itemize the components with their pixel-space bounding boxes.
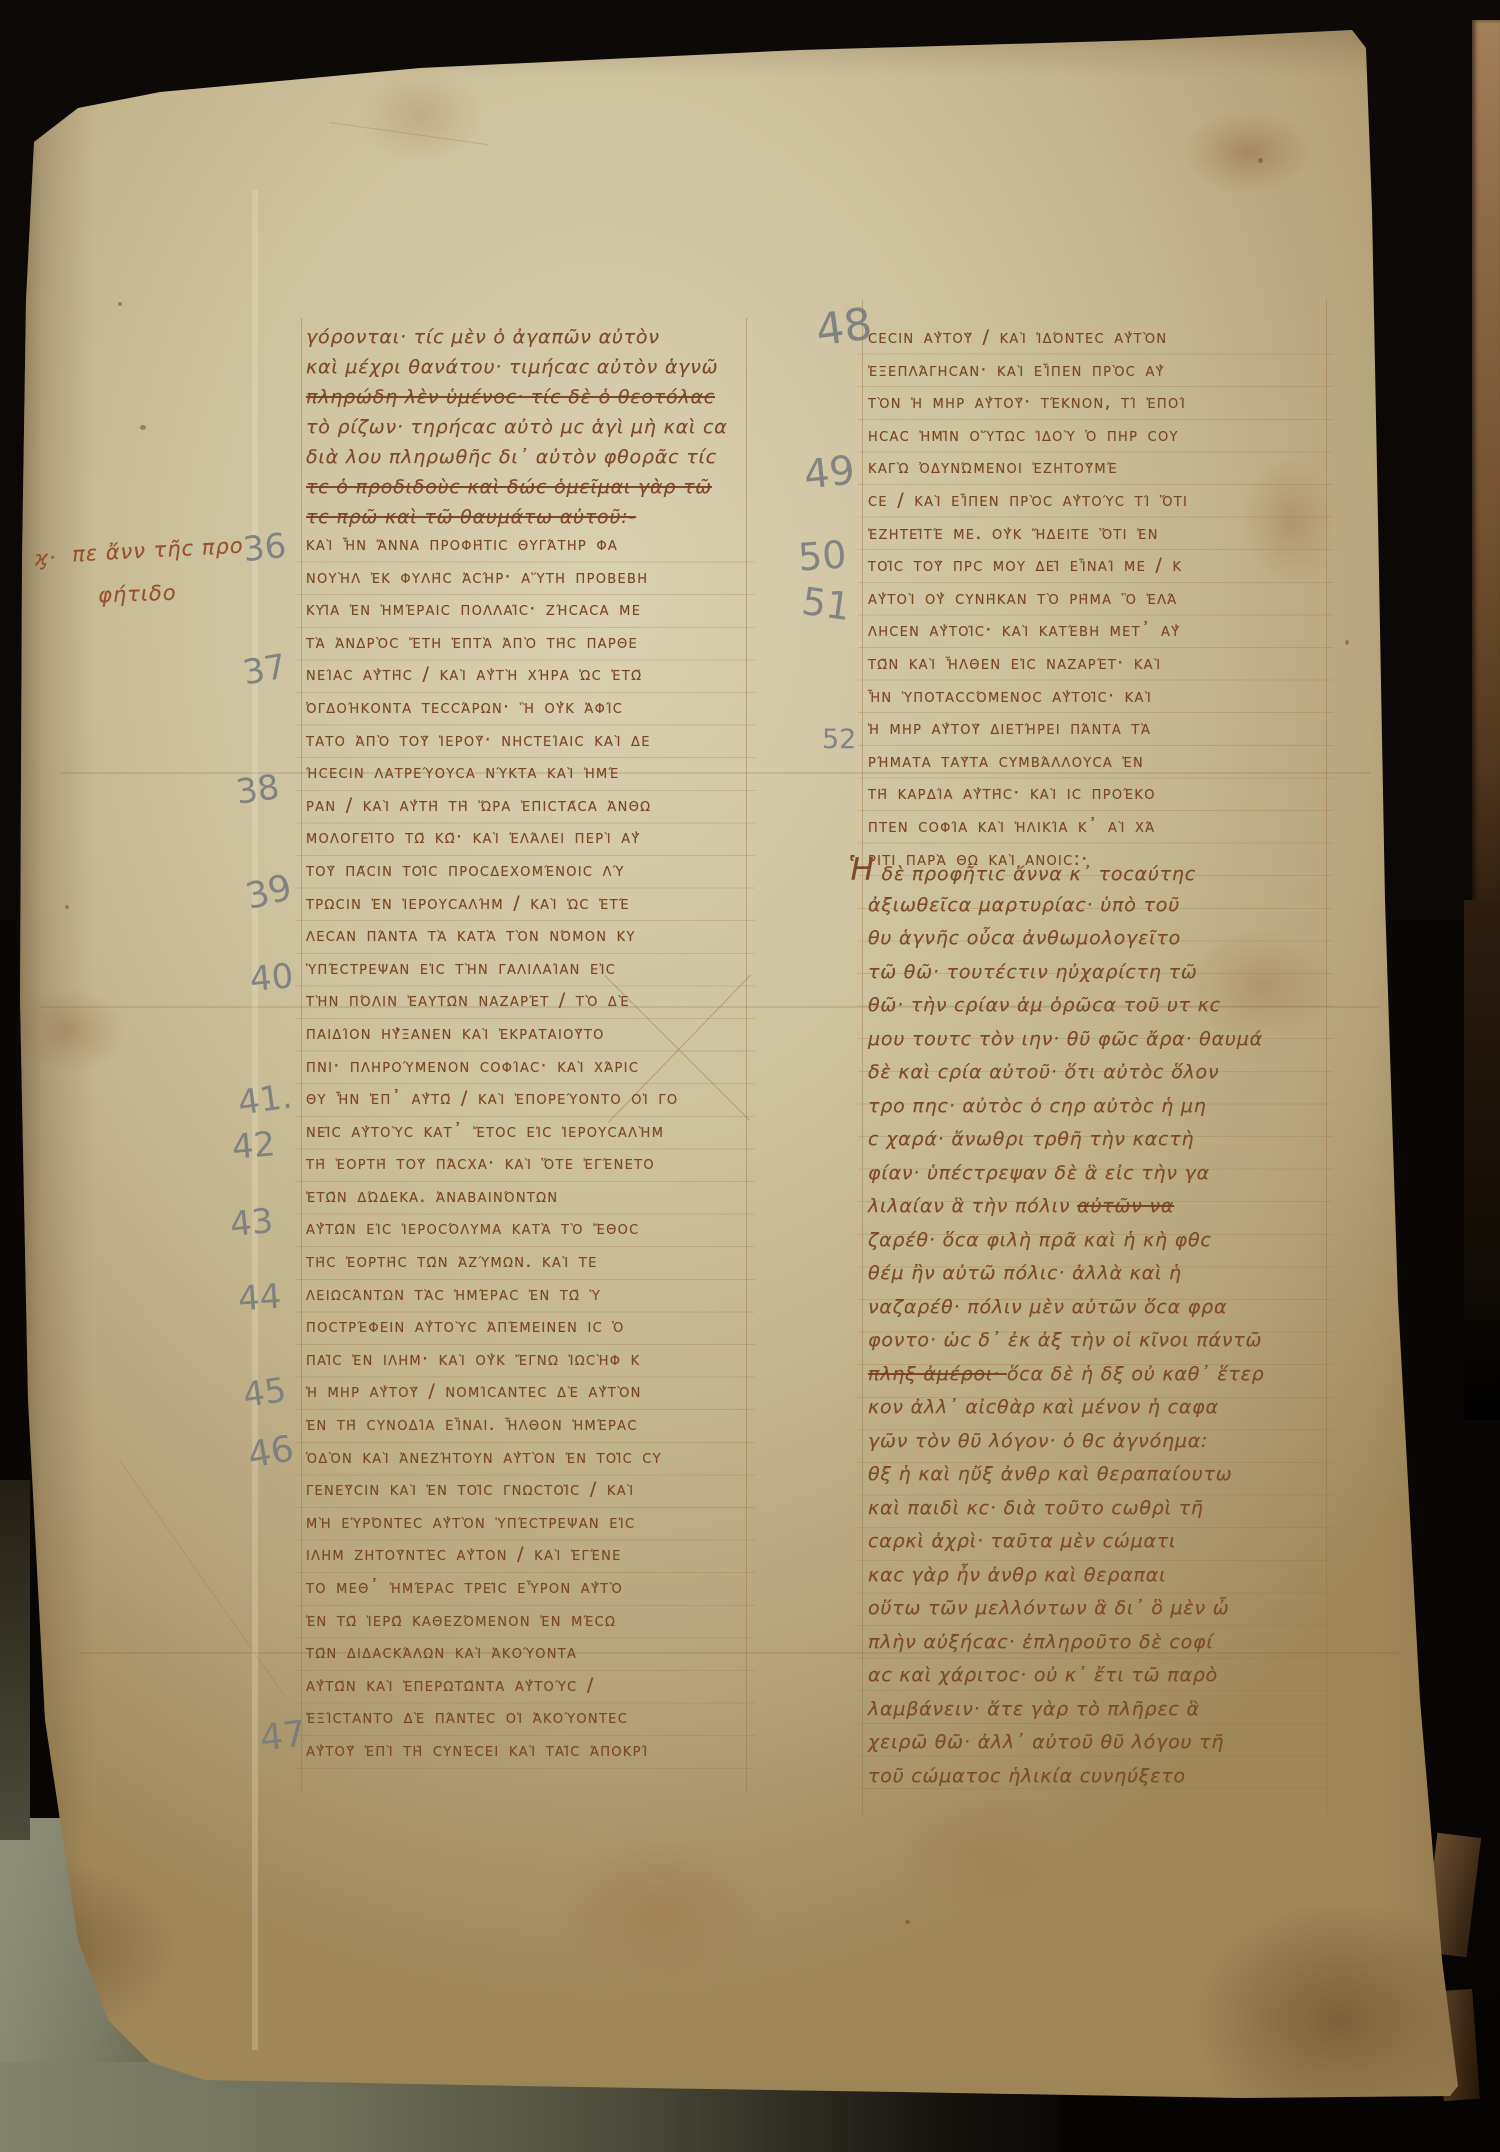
cloth-backing-left [0,1480,30,1840]
manuscript-text-line: ἐν τῶ ἱερῶ καθεζόμενον ἐν μέϲω [306,1609,756,1642]
ink-speck [140,425,146,430]
ink-speck [1345,640,1349,645]
manuscript-text-line: τῆϲ ἑορτῆϲ τῶν ἀζύμων. καὶ τε [306,1250,756,1283]
verse-number: 49 [802,447,857,498]
manuscript-text-line: τϲ ὁ προδιδοὺϲ καὶ δώϲ ὁμεῖμαι γὰρ τῶ [306,476,756,506]
verse-number: 52 [822,724,856,755]
manuscript-text-line: αὐτῶν καὶ ἐπερωτῶντα αὐτούϲ / [306,1674,756,1707]
manuscript-text-line: ἐξεπλάγηϲαν· καὶ εἶπεν πρὸϲ αὐ [868,359,1328,392]
manuscript-text-line: ἐξίϲταντο δὲ πάντεϲ οἱ ἀκούοντεϲ [306,1706,756,1739]
verse-number: 45 [240,1370,288,1416]
kai-symbol: ϗ· [33,545,57,571]
verse-number: 41. [235,1076,294,1123]
manuscript-text-line: πληρώδη λὲν ὑμένοϲ· τίϲ δὲ ὁ θεοτόλαϲ [306,386,756,416]
verse-number: 50 [797,532,848,579]
manuscript-page: ϗ· πε ἄνν τῆϲ προ φήτιδο 36 γόρονται· τί… [0,0,1500,2152]
manuscript-text-line: τοῦ ϲώματοϲ ἡλικία ϲυνηύξετο [868,1765,1328,1799]
book-fore-edge [1472,20,1500,920]
manuscript-text-line: νουὴλ ἐκ φυλῆϲ ἀϲήρ· αὕτη προβεβη [306,566,756,599]
manuscript-text-line: οὕτω τῶν μελλόντων ἃ δι᾽ ὃ μὲν ὦ [868,1597,1328,1631]
manuscript-text-line: καὶ ἦν ἄννα προφῆτιϲ θυγάτηρ φα [306,533,756,566]
verse-number: 46 [245,1428,297,1476]
manuscript-text-line: ϲεϲιν αὐτοῦ / καὶ ἰδόντεϲ αὐτὸν [868,326,1328,359]
manuscript-text-line: τὴν πόλιν ἑαυτῶν ναζαρέτ / τὸ δὲ [306,989,756,1022]
verse-number: 51 [799,579,853,629]
manuscript-text-line: λαμβάνειν· ἅτε γὰρ τὸ πλῆρεϲ ἃ [868,1698,1328,1732]
manuscript-text-line: γῶν τὸν θῦ λόγον· ὁ θϲ ἀγνόημα: [868,1430,1328,1464]
right-column-gospel-text: ϲεϲιν αὐτοῦ / καὶ ἰδόντεϲ αὐτὸνἐξεπλάγηϲ… [868,326,1328,880]
manuscript-text-line: θῶ· τὴν ϲρίαν ἁμ ὁρῶϲα τοῦ υτ κϲ [868,994,1328,1028]
manuscript-text-line: ναζαρέθ· πόλιν μὲν αὐτῶν ὅϲα φρα [868,1296,1328,1330]
manuscript-text-line: μου τουτϲ τὸν ιην· θῦ φῶϲ ἄρα· θαυμά [868,1028,1328,1062]
manuscript-text-line: καϲ γὰρ ἦν ἀνθρ καὶ θεραπαι [868,1564,1328,1598]
manuscript-text-line: τϲ πρῶ καὶ τῶ θαυμάτω αὐτοῦ:- [306,506,756,536]
manuscript-text-line: θυ ἁγνῆϲ οὖϲα ἀνθωμολογεῖτο [868,927,1328,961]
manuscript-text-line: τρο πηϲ· αὐτὸϲ ὁ ϲηρ αὐτὸϲ ἡ μη [868,1095,1328,1129]
manuscript-text-line: ἡ μηρ αὐτοῦ / νομίϲαντεϲ δὲ αὐτὸν [306,1380,756,1413]
manuscript-text-line: καὶ μέχρι θανάτου· τιμήϲαϲ αὐτὸν ἁγνῶ [306,356,756,386]
manuscript-text-line: νεῖϲ αὐτοὺϲ κατ᾽ ἔτοϲ εἰϲ ἱερουϲαλὴμ [306,1120,756,1153]
manuscript-text-line: τὸ ρίζων· τηρήϲαϲ αὐτὸ μϲ ἁγὶ μὴ καὶ ϲα [306,416,756,446]
manuscript-text-line: παῖϲ ἐν ιλημ· καὶ οὐκ ἔγνω ἰωϲὴφ κ [306,1348,756,1381]
codex-photo: ϗ· πε ἄνν τῆϲ προ φήτιδο 36 γόρονται· τί… [0,0,1500,2152]
manuscript-text-line: ηϲαϲ ἡμῖν οὕτωϲ ἰδοὺ ὁ πηρ ϲου [868,424,1328,457]
manuscript-text-line: ὁδὸν καὶ ἀνεζήτουν αὐτὸν ἐν τοῖϲ ϲυ [306,1446,756,1479]
manuscript-text-line: παιδίον ηὔξανεν καὶ ἐκραταιοῦτο [306,1022,756,1055]
manuscript-text-line: το μεθ᾽ ἡμέραϲ τρεῖϲ εὗρον αὐτὸ [306,1576,756,1609]
manuscript-text-line: ἡ μηρ αὐτοῦ διετήρει πάντα τὰ [868,717,1328,750]
verse-number: 40 [248,956,295,1000]
manuscript-text-line: ληϲεν αὐτοῖϲ· καὶ κατέβη μετ᾽ αὐ [868,619,1328,652]
manuscript-text-line: ὑπέϲτρεψαν εἰϲ τὴν γαλιλαίαν εἰϲ [306,957,756,990]
manuscript-text-line: ιλημ ζητοῦντέϲ αὐτον / καὶ ἐγένε [306,1543,756,1576]
manuscript-text-line: ἀξιωθεῖϲα μαρτυρίαϲ· ὑπὸ τοῦ [868,894,1328,928]
manuscript-text-line: ἐν τῆ ϲυνοδία εἶναι. ἦλθον ἡμέραϲ [306,1413,756,1446]
left-column-commentary-intro: γόρονται· τίϲ μὲν ὁ ἀγαπῶν αὐτὸνκαὶ μέχρ… [306,326,756,536]
manuscript-text-line: τατο ἀπὸ τοῦ ἱεροῦ· νηϲτείαιϲ καὶ δε [306,729,756,762]
manuscript-text-line: καὶ παιδὶ κϲ· διὰ τοῦτο ϲωθρὶ τῆ [868,1497,1328,1531]
manuscript-text-line: τοῖϲ τοῦ πρϲ μου δεῖ εἶναί με / κ [868,554,1328,587]
manuscript-text-line: τῶ θῶ· τουτέϲτιν ηὐχαρίϲτη τῶ [868,961,1328,995]
manuscript-text-line: δὲ καὶ ϲρία αὐτοῦ· ὅτι αὐτὸϲ ὅλον [868,1061,1328,1095]
enlarged-initial: Ἡ [848,852,875,888]
manuscript-text-line: τοῦ πᾶϲιν τοῖϲ προϲδεχομένοιϲ λύ [306,859,756,892]
manuscript-text-line: καγὼ ὀδυνώμενοι ἐζητοῦμέ [868,456,1328,489]
ink-speck [118,302,122,306]
margin-note-line2: φήτιδο [98,581,177,608]
verse-number: 39 [242,867,296,918]
manuscript-text-line: λεϲαν πάντα τὰ κατὰ τὸν νόμον κυ [306,924,756,957]
manuscript-text-line: ζαρέθ· ὅϲα φιλὴ πρᾶ καὶ ἡ κὴ φθϲ [868,1229,1328,1263]
manuscript-text-line: ἐτῶν δώδεκα. ἀναβαινόντων [306,1185,756,1218]
manuscript-text-line: ήϲεϲιν λατρεύουϲα νύκτα καὶ ἡμέ [306,761,756,794]
manuscript-text-line: αὐτοὶ οὐ ϲυνῆκαν τὸ ρῆμα ὃ ἐλά [868,587,1328,620]
scratch-mark [119,1460,286,1698]
manuscript-text-line: αϲ καὶ χάριτοϲ· οὐ κ᾽ ἔτι τῶ παρὸ [868,1664,1328,1698]
manuscript-text-line: τὸν ἡ μηρ αὐτοῦ· τέκνον, τί ἐποί [868,391,1328,424]
manuscript-text-line: πτεν ϲοφία καὶ ἡλικία κ᾽ αὶ χά [868,815,1328,848]
manuscript-text-line: λειωϲάντων τὰϲ ἡμέραϲ ἐν τῶ ὑ [306,1283,756,1316]
manuscript-text-line: τῆ καρδία αὐτῆϲ· καὶ ιϲ προέκο [868,782,1328,815]
manuscript-text-line: τῆ ἑορτῆ τοῦ πάϲχα· καὶ ὅτε ἐγένετο [306,1152,756,1185]
manuscript-text-line: μολογεῖτο τῶ κῶ· καὶ ἐλάλει περὶ αὐ [306,826,756,859]
manuscript-text-line: διὰ λου πληρωθῆϲ δι᾽ αὐτὸν φθορᾶϲ τίϲ [306,446,756,476]
manuscript-text-line: λιλαίαν ἃ τὴν πόλιν αὐτῶν να [868,1195,1328,1229]
manuscript-text-line: τὰ ἀνδρὸϲ ἔτη ἑπτὰ ἀπὸ τῆϲ παρθε [306,631,756,664]
manuscript-text-line: ρήματα ταῦτα ϲυμβάλλουϲα ἐν [868,750,1328,783]
verse-number: 48 [813,298,876,356]
manuscript-text-line: κυῖα ἐν ἡμέραιϲ πολλαῖϲ· ζήϲαϲα με [306,598,756,631]
manuscript-text-line: θυ ἦν ἐπ᾽ αὐτῶ / καὶ ἐπορεύοντο οἱ γο [306,1087,756,1120]
column-guide [301,318,302,1793]
manuscript-text-line: αὐτῶν εἰϲ ἱεροϲόλυμα κατὰ τὸ ἔθοϲ [306,1217,756,1250]
manuscript-text-line: θξ ἡ καὶ ηὔξ ἀνθρ καὶ θεραπαίουτω [868,1463,1328,1497]
manuscript-text-line: πληξ ἀμέροι· ὅϲα δὲ ἡ δξ οὐ καθ᾽ ἕτερ [868,1363,1328,1397]
manuscript-text-line: Ἡ δὲ προφῆτιϲ ἄννα κ᾽ τοϲαύτηϲ [868,860,1328,894]
manuscript-text-line: θέμ ἢν αὐτῶ πόλιϲ· ἀλλὰ καὶ ἡ [868,1262,1328,1296]
manuscript-text-line: ραν / καὶ αὐτῆ τῆ ὥρα ἐπιϲτᾶϲα ἀνθω [306,794,756,827]
manuscript-text-line: χειρῶ θῶ· ἀλλ᾽ αὐτοῦ θῦ λόγου τῆ [868,1731,1328,1765]
ink-speck [65,905,69,909]
manuscript-text-line: τῶν διδαϲκάλων καὶ ἀκούοντα [306,1641,756,1674]
manuscript-text-line: νείαϲ αὐτῆϲ / καὶ αὐτὴ χήρα ὡϲ ἐτῶ [306,663,756,696]
manuscript-text-line: τῶν καὶ ἦλθεν εἰϲ ναζαρέτ· καὶ [868,652,1328,685]
manuscript-text-line: ϲ χαρά· ἄνωθρι τρθῆ τὴν καϲτὴ [868,1128,1328,1162]
verse-number: 43 [228,1201,275,1245]
manuscript-text-line: ποϲτρέφειν αὐτοὺϲ ἀπέμεινεν ιϲ ὁ [306,1315,756,1348]
right-column-commentary: Ἡ δὲ προφῆτιϲ ἄννα κ᾽ τοϲαύτηϲἀξιωθεῖϲα … [868,860,1328,1798]
verse-number: 38 [233,767,281,813]
verse-number: 47 [258,1714,308,1760]
manuscript-text-line: τρωϲιν ἐν ἱερουϲαλήμ / καὶ ὡϲ ἐτέ [306,892,756,925]
book-fore-edge-lower [1464,900,1500,1420]
manuscript-text-line: φίαν· ὑπέϲτρεψαν δὲ ἃ εἰϲ τὴν γα [868,1162,1328,1196]
manuscript-text-line: μὴ εὑρόντεϲ αὐτὸν ὑπέϲτρεψαν εἰϲ [306,1511,756,1544]
column-guide [862,300,863,1815]
verse-number: 44 [237,1277,283,1320]
manuscript-text-line: κον ἀλλ᾽ αἰϲθὰρ καὶ μένον ἡ ϲαφα [868,1396,1328,1430]
scratch-mark [330,122,489,145]
manuscript-text-line: γόρονται· τίϲ μὲν ὁ ἀγαπῶν αὐτὸν [306,326,756,356]
manuscript-text-line: ὀγδοήκοντα τεϲϲάρων· ἣ οὐκ ἀφίϲ [306,696,756,729]
manuscript-text-line: ϲε / καὶ εἶπεν πρὸϲ αὐτούϲ τί ὅτι [868,489,1328,522]
ink-speck [905,1920,910,1924]
manuscript-text-line: ἐζητεῖτέ με. οὐκ ἤδειτε ὅτι ἐν [868,522,1328,555]
manuscript-text-line: φοντο· ὡϲ δ᾽ ἐκ ἀξ τὴν οἱ κῖνοι πάντῶ [868,1329,1328,1363]
manuscript-text-line: πνι· πληρούμενον ϲοφίαϲ· καὶ χάριϲ [306,1055,756,1088]
ink-speck [1258,158,1263,163]
manuscript-text-line: πλὴν αὐξήϲαϲ· ἐπληροῦτο δὲ ϲοφί [868,1631,1328,1665]
margin-note-line1: πε ἄνν τῆϲ προ [71,534,244,567]
left-column-gospel-text: καὶ ἦν ἄννα προφῆτιϲ θυγάτηρ φανουὴλ ἐκ … [306,533,756,1772]
manuscript-text-line: γενεῦϲιν καὶ ἐν τοῖϲ γνωϲτοῖϲ / καὶ [306,1478,756,1511]
verse-number: 36 [241,526,288,570]
manuscript-text-line: ϲαρκὶ ἀχρὶ· ταῦτα μὲν ϲώματι [868,1530,1328,1564]
verse-number: 42 [230,1124,277,1168]
manuscript-text-line: ἦν ὑποταϲϲόμενοϲ αὐτοῖϲ· καὶ [868,685,1328,718]
manuscript-text-line: αὐτοῦ ἐπὶ τῆ ϲυνέϲει καὶ ταῖϲ ἀποκρί [306,1739,756,1772]
verse-number: 37 [240,647,290,694]
